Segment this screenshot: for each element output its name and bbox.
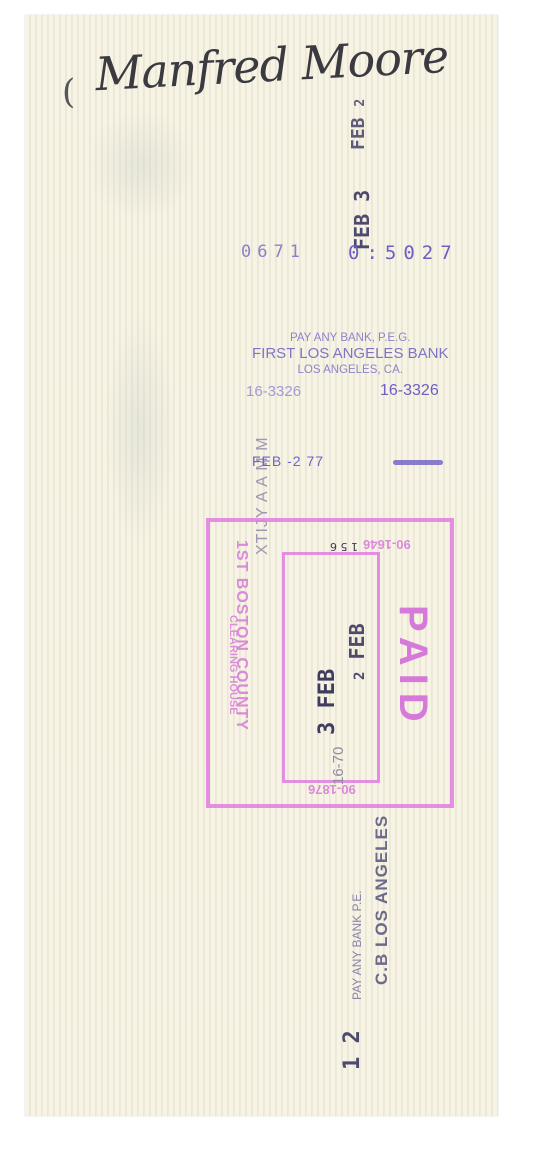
endorsement-line-3: LOS ANGELES, CA. — [252, 362, 448, 378]
inner-stamp-code: 16-70 — [330, 747, 347, 785]
pink-stamp-routing-top: 90-1646 — [363, 537, 411, 552]
account-number-left: 0671 — [241, 242, 306, 262]
date-stamp: FEB -2 77 — [252, 453, 324, 469]
pink-stamp-paid-label: PAID — [390, 605, 435, 730]
lower-stamp-pay-text: PAY ANY BANK P.E. — [350, 890, 364, 1000]
lower-stamp-sequence: 1 2 — [340, 1030, 365, 1070]
pink-stamp-sub-label: CLEARING HOUSE — [227, 615, 239, 715]
lower-stamp-bank-text: C.B LOS ANGELES — [372, 815, 392, 985]
routing-number-left: 16-3326 — [246, 383, 301, 400]
watermark-text — [105, 315, 175, 545]
endorsement-line-2: FIRST LOS ANGELES BANK — [252, 346, 448, 362]
watermark-logo — [87, 110, 197, 220]
vertical-date-stamp-2: FEB 3 — [350, 190, 374, 250]
vertical-date-stamp-4: 3 FEB — [315, 669, 340, 735]
endorsement-stamp: PAY ANY BANK, P.E.G. FIRST LOS ANGELES B… — [252, 330, 448, 378]
account-number-right: 0:5027 — [348, 242, 459, 264]
ink-dash-mark — [393, 460, 443, 465]
signature-prefix-mark: ( — [62, 72, 75, 112]
vertical-date-stamp-3: 2 FEB — [345, 623, 369, 680]
routing-number-right: 16-3326 — [380, 382, 439, 400]
endorsement-line-1: PAY ANY BANK, P.E.G. — [252, 330, 448, 346]
pink-stamp-digits: 1 5 6 — [330, 540, 358, 553]
vertical-date-stamp-1: FEB 2 — [348, 99, 369, 150]
